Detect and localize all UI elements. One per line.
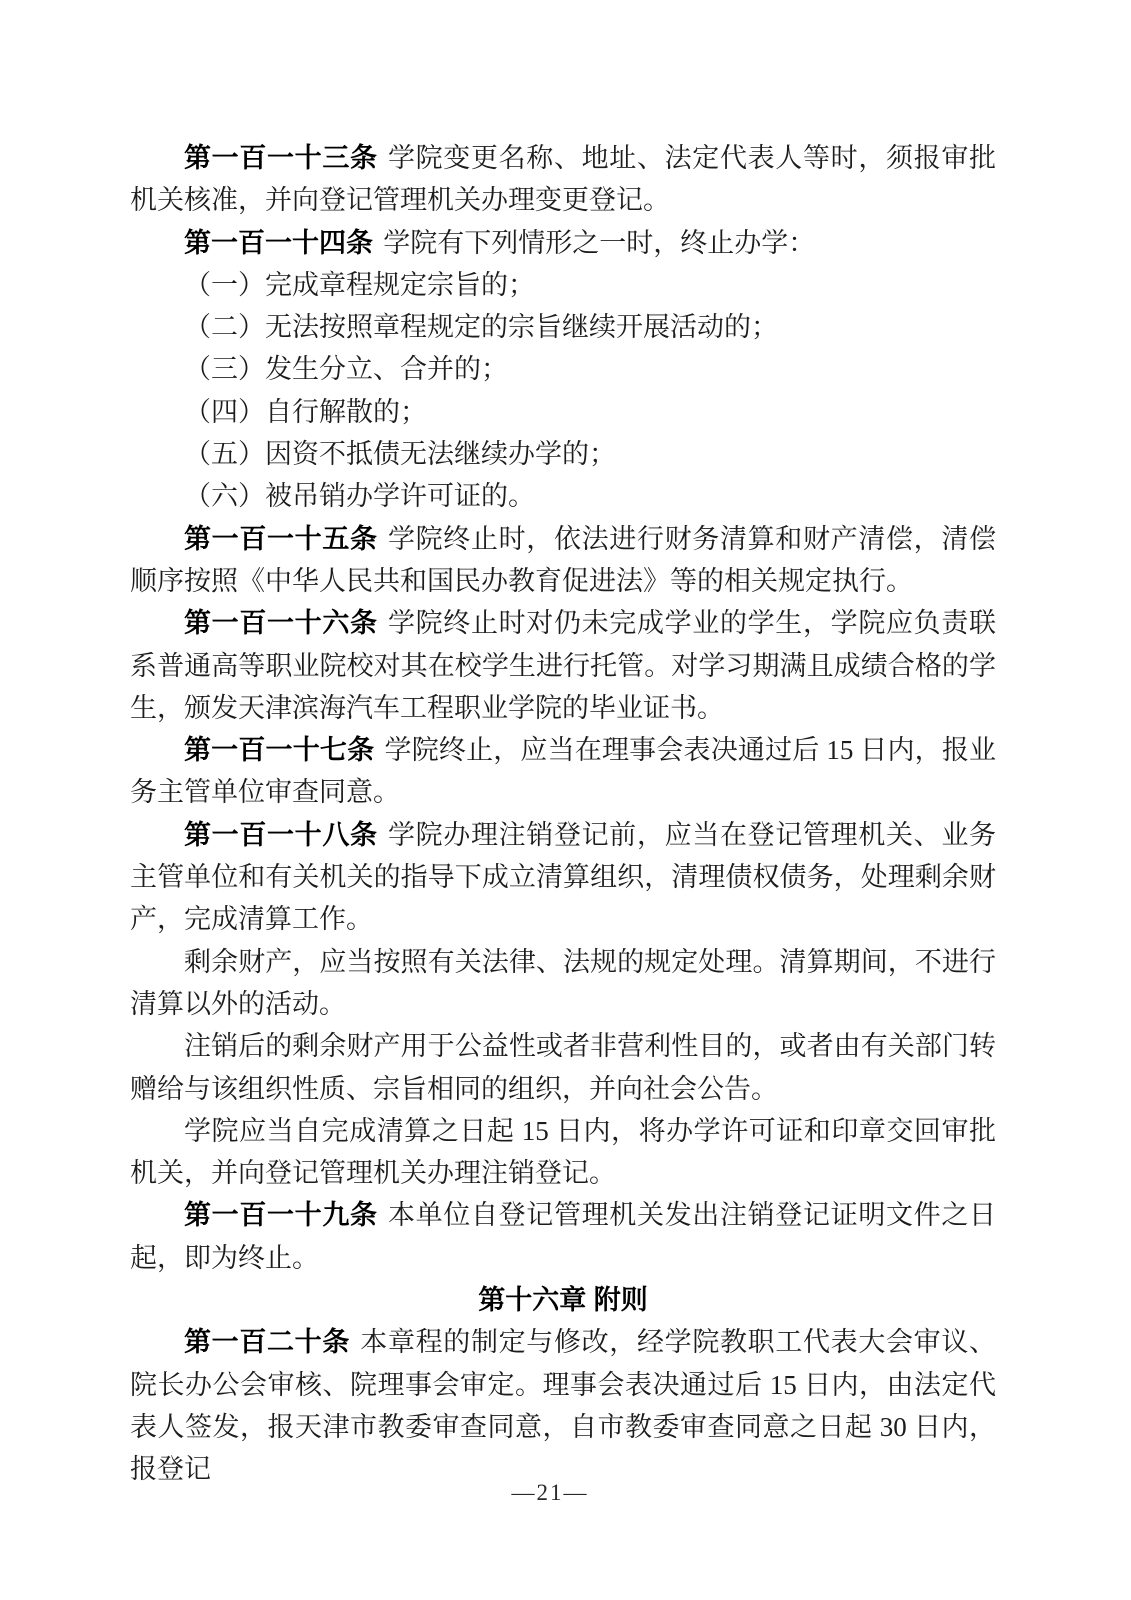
article-paragraph: 剩余财产，应当按照有关法律、法规的规定处理。清算期间，不进行清算以外的活动。 xyxy=(130,941,996,1026)
page-number: —21— xyxy=(130,1480,970,1506)
article-text: （一）完成章程规定宗旨的； xyxy=(184,270,535,300)
article-number: 第一百一十八条 xyxy=(184,820,378,850)
article-paragraph: （二）无法按照章程规定的宗旨继续开展活动的； xyxy=(130,306,996,348)
article-text: （五）因资不抵债无法继续办学的； xyxy=(184,439,616,469)
article-number: 第一百一十七条 xyxy=(184,735,374,765)
article-number: 第一百一十六条 xyxy=(184,608,378,638)
chapter-heading-text: 第十六章 附则 xyxy=(478,1285,648,1315)
article-text: 学院应当自完成清算之日起 15 日内，将办学许可证和印章交回审批机关，并向登记管… xyxy=(130,1116,996,1188)
article-text: （四）自行解散的； xyxy=(184,397,427,427)
document-body: 第一百一十三条学院变更名称、地址、法定代表人等时，须报审批机关核准，并向登记管理… xyxy=(130,0,996,1491)
article-paragraph: 第一百一十七条学院终止，应当在理事会表决通过后 15 日内，报业务主管单位审查同… xyxy=(130,729,996,814)
article-paragraph: 第一百二十条本章程的制定与修改，经学院教职工代表大会审议、院长办公会审核、院理事… xyxy=(130,1321,996,1490)
article-paragraph: （四）自行解散的； xyxy=(130,391,996,433)
article-number: 第一百一十五条 xyxy=(184,524,378,554)
article-number: 第一百一十三条 xyxy=(184,143,378,173)
article-paragraph: 第一百一十五条学院终止时，依法进行财务清算和财产清偿，清偿顺序按照《中华人民共和… xyxy=(130,518,996,603)
article-number: 第一百二十条 xyxy=(184,1327,350,1357)
article-paragraph: （六）被吊销办学许可证的。 xyxy=(130,475,996,517)
document-page: 第一百一十三条学院变更名称、地址、法定代表人等时，须报审批机关核准，并向登记管理… xyxy=(0,0,1131,1600)
article-paragraph: 第一百一十四条学院有下列情形之一时，终止办学： xyxy=(130,222,996,264)
article-paragraph: （一）完成章程规定宗旨的； xyxy=(130,264,996,306)
article-paragraph: （五）因资不抵债无法继续办学的； xyxy=(130,433,996,475)
chapter-heading: 第十六章 附则 xyxy=(130,1279,996,1321)
article-text: （三）发生分立、合并的； xyxy=(184,354,508,384)
article-paragraph: （三）发生分立、合并的； xyxy=(130,348,996,390)
article-paragraph: 第一百一十六条学院终止时对仍未完成学业的学生，学院应负责联系普通高等职业院校对其… xyxy=(130,602,996,729)
article-paragraph: 第一百一十九条本单位自登记管理机关发出注销登记证明文件之日起，即为终止。 xyxy=(130,1194,996,1279)
article-text: （六）被吊销办学许可证的。 xyxy=(184,481,535,511)
article-text: 学院有下列情形之一时，终止办学： xyxy=(383,228,815,258)
article-text: 剩余财产，应当按照有关法律、法规的规定处理。清算期间，不进行清算以外的活动。 xyxy=(130,947,996,1019)
article-paragraph: 第一百一十八条学院办理注销登记前，应当在登记管理机关、业务主管单位和有关机关的指… xyxy=(130,814,996,941)
article-text: （二）无法按照章程规定的宗旨继续开展活动的； xyxy=(184,312,778,342)
article-text: 注销后的剩余财产用于公益性或者非营利性目的，或者由有关部门转赠给与该组织性质、宗… xyxy=(130,1031,996,1103)
article-paragraph: 注销后的剩余财产用于公益性或者非营利性目的，或者由有关部门转赠给与该组织性质、宗… xyxy=(130,1025,996,1110)
article-paragraph: 第一百一十三条学院变更名称、地址、法定代表人等时，须报审批机关核准，并向登记管理… xyxy=(130,137,996,222)
article-number: 第一百一十九条 xyxy=(184,1200,378,1230)
article-number: 第一百一十四条 xyxy=(184,228,373,258)
article-paragraph: 学院应当自完成清算之日起 15 日内，将办学许可证和印章交回审批机关，并向登记管… xyxy=(130,1110,996,1195)
